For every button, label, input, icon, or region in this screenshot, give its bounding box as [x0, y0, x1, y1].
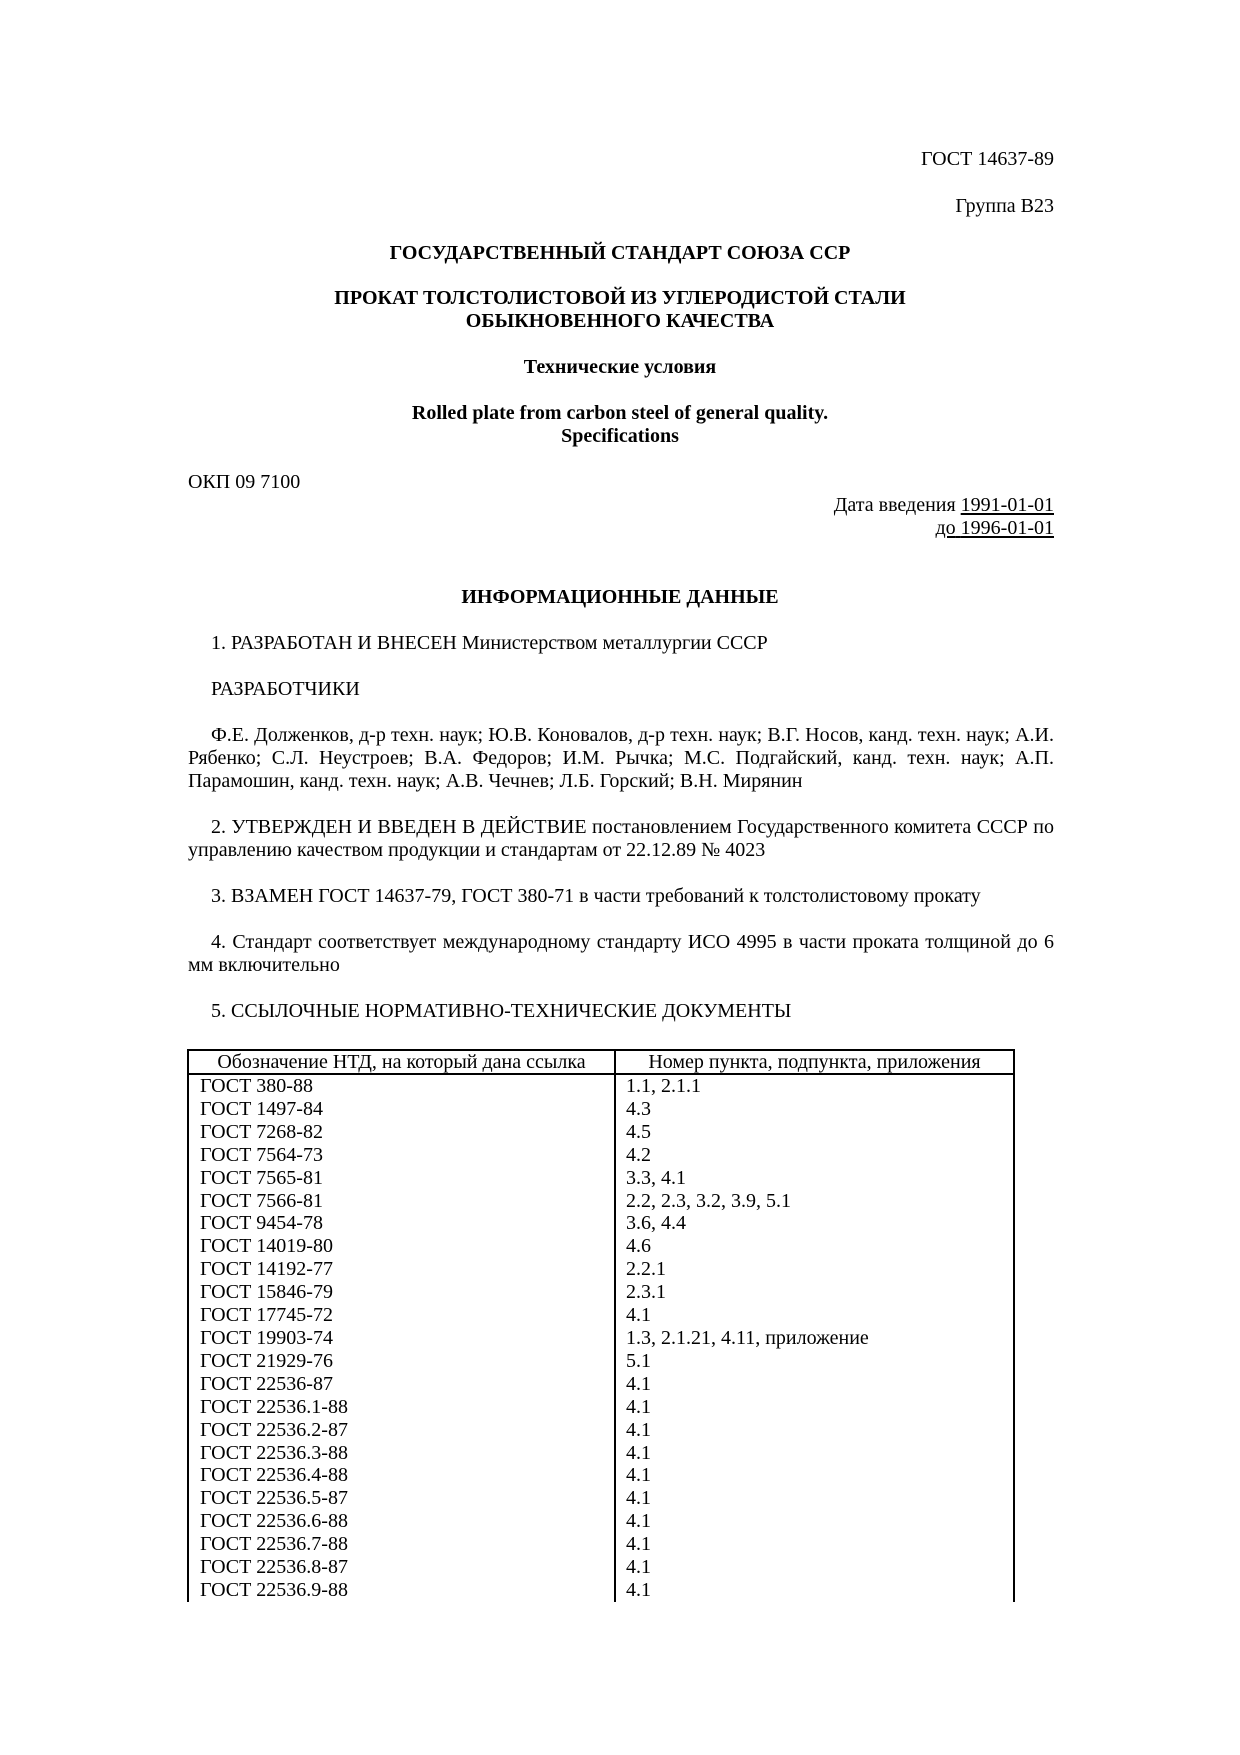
document-designation: ГОСТ 17745-72 [188, 1304, 615, 1327]
document-designation: ГОСТ 14192-77 [188, 1258, 615, 1281]
document-page: ГОСТ 14637-89 Группа В23 ГОСУДАРСТВЕННЫЙ… [0, 0, 1240, 1755]
clause-numbers: 1.3, 2.1.21, 4.11, приложение [615, 1327, 1014, 1350]
document-designation: ГОСТ 22536.8-87 [188, 1556, 615, 1579]
clause-numbers: 4.1 [615, 1396, 1014, 1419]
table-row: ГОСТ 22536.7-884.1 [188, 1533, 1014, 1556]
table-row: ГОСТ 7565-813.3, 4.1 [188, 1167, 1014, 1190]
document-designation: ГОСТ 7268-82 [188, 1121, 615, 1144]
table-row: ГОСТ 7564-734.2 [188, 1144, 1014, 1167]
clause-numbers: 4.6 [615, 1235, 1014, 1258]
info-item-1: 1. РАЗРАБОТАН И ВНЕСЕН Министерством мет… [188, 632, 1054, 655]
table-row: ГОСТ 22536.1-884.1 [188, 1396, 1014, 1419]
document-designation: ГОСТ 15846-79 [188, 1281, 615, 1304]
until-label: до [935, 517, 955, 539]
clause-numbers: 2.2, 2.3, 3.2, 3.9, 5.1 [615, 1190, 1014, 1213]
clause-numbers: 2.3.1 [615, 1281, 1014, 1304]
document-designation: ГОСТ 14019-80 [188, 1235, 615, 1258]
document-designation: ГОСТ 7566-81 [188, 1190, 615, 1213]
clause-numbers: 4.1 [615, 1556, 1014, 1579]
developers-list: Ф.Е. Долженков, д-р техн. наук; Ю.В. Кон… [188, 724, 1054, 793]
document-designation: ГОСТ 9454-78 [188, 1212, 615, 1235]
info-item-3: 3. ВЗАМЕН ГОСТ 14637-79, ГОСТ 380-71 в ч… [188, 885, 1054, 908]
clause-numbers: 4.1 [615, 1533, 1014, 1556]
column-header-clause: Номер пункта, подпункта, приложения [615, 1050, 1014, 1074]
document-designation: ГОСТ 7565-81 [188, 1167, 615, 1190]
table-row: ГОСТ 15846-792.3.1 [188, 1281, 1014, 1304]
clause-numbers: 4.2 [615, 1144, 1014, 1167]
document-designation: ГОСТ 21929-76 [188, 1350, 615, 1373]
state-standard-heading: ГОСУДАРСТВЕННЫЙ СТАНДАРТ СОЮЗА ССР [186, 242, 1054, 265]
clause-numbers: 4.1 [615, 1419, 1014, 1442]
until-date-line: до 1996-01-01 [935, 517, 1054, 540]
table-row: ГОСТ 22536-874.1 [188, 1373, 1014, 1396]
clause-numbers: 4.1 [615, 1304, 1014, 1327]
clause-numbers: 4.1 [615, 1373, 1014, 1396]
table-row: ГОСТ 22536.4-884.1 [188, 1464, 1014, 1487]
table-row: ГОСТ 19903-741.3, 2.1.21, 4.11, приложен… [188, 1327, 1014, 1350]
info-item-4: 4. Стандарт соответствует международному… [188, 931, 1054, 977]
clause-numbers: 4.3 [615, 1098, 1014, 1121]
table-row: ГОСТ 17745-724.1 [188, 1304, 1014, 1327]
info-item-5: 5. ССЫЛОЧНЫЕ НОРМАТИВНО-ТЕХНИЧЕСКИЕ ДОКУ… [188, 1000, 1054, 1023]
subtitle: Технические условия [186, 356, 1054, 379]
english-title-line-2: Specifications [186, 425, 1054, 448]
table-row: ГОСТ 9454-783.6, 4.4 [188, 1212, 1014, 1235]
clause-numbers: 1.1, 2.1.1 [615, 1074, 1014, 1098]
clause-numbers: 4.1 [615, 1579, 1014, 1602]
clause-numbers: 3.3, 4.1 [615, 1167, 1014, 1190]
table-row: ГОСТ 22536.8-874.1 [188, 1556, 1014, 1579]
group-code: Группа В23 [955, 195, 1054, 218]
clause-numbers: 3.6, 4.4 [615, 1212, 1014, 1235]
table-row: ГОСТ 22536.5-874.1 [188, 1487, 1014, 1510]
document-designation: ГОСТ 380-88 [188, 1074, 615, 1098]
clause-numbers: 4.1 [615, 1442, 1014, 1465]
reference-documents-table: Обозначение НТД, на который дана ссылка … [187, 1049, 1015, 1602]
table-row: ГОСТ 21929-765.1 [188, 1350, 1014, 1373]
table-row: ГОСТ 14192-772.2.1 [188, 1258, 1014, 1281]
document-designation: ГОСТ 1497-84 [188, 1098, 615, 1121]
table-row: ГОСТ 380-881.1, 2.1.1 [188, 1074, 1014, 1098]
table-row: ГОСТ 22536.9-884.1 [188, 1579, 1014, 1602]
table-row: ГОСТ 22536.2-874.1 [188, 1419, 1014, 1442]
document-designation: ГОСТ 22536.4-88 [188, 1464, 615, 1487]
intro-date-label: Дата введения [834, 494, 956, 516]
info-item-2: 2. УТВЕРЖДЕН И ВВЕДЕН В ДЕЙСТВИЕ постано… [188, 816, 1054, 862]
document-designation: ГОСТ 22536-87 [188, 1373, 615, 1396]
standard-number: ГОСТ 14637-89 [921, 148, 1054, 171]
table-row: ГОСТ 22536.6-884.1 [188, 1510, 1014, 1533]
document-designation: ГОСТ 7564-73 [188, 1144, 615, 1167]
clause-numbers: 2.2.1 [615, 1258, 1014, 1281]
developers-label: РАЗРАБОТЧИКИ [188, 678, 1054, 701]
table-row: ГОСТ 1497-844.3 [188, 1098, 1014, 1121]
table-row: ГОСТ 7566-812.2, 2.3, 3.2, 3.9, 5.1 [188, 1190, 1014, 1213]
clause-numbers: 4.1 [615, 1464, 1014, 1487]
title-line-2: ОБЫКНОВЕННОГО КАЧЕСТВА [186, 310, 1054, 333]
document-designation: ГОСТ 22536.1-88 [188, 1396, 615, 1419]
table-header-row: Обозначение НТД, на который дана ссылка … [188, 1050, 1014, 1074]
table-row: ГОСТ 14019-804.6 [188, 1235, 1014, 1258]
table-body: ГОСТ 380-881.1, 2.1.1ГОСТ 1497-844.3ГОСТ… [188, 1074, 1014, 1602]
english-title-line-1: Rolled plate from carbon steel of genera… [186, 402, 1054, 425]
document-designation: ГОСТ 22536.5-87 [188, 1487, 615, 1510]
okp-code: ОКП 09 7100 [188, 471, 300, 494]
document-designation: ГОСТ 22536.3-88 [188, 1442, 615, 1465]
document-designation: ГОСТ 22536.6-88 [188, 1510, 615, 1533]
info-heading: ИНФОРМАЦИОННЫЕ ДАННЫЕ [186, 586, 1054, 609]
table-row: ГОСТ 7268-824.5 [188, 1121, 1014, 1144]
intro-date: 1991-01-01 [961, 494, 1054, 516]
document-designation: ГОСТ 22536.7-88 [188, 1533, 615, 1556]
document-designation: ГОСТ 22536.2-87 [188, 1419, 615, 1442]
clause-numbers: 4.1 [615, 1487, 1014, 1510]
document-designation: ГОСТ 19903-74 [188, 1327, 615, 1350]
column-header-document: Обозначение НТД, на который дана ссылка [188, 1050, 615, 1074]
title-line-1: ПРОКАТ ТОЛСТОЛИСТОВОЙ ИЗ УГЛЕРОДИСТОЙ СТ… [186, 287, 1054, 310]
clause-numbers: 4.1 [615, 1510, 1014, 1533]
intro-date-line: Дата введения 1991-01-01 [834, 494, 1054, 517]
table-row: ГОСТ 22536.3-884.1 [188, 1442, 1014, 1465]
document-designation: ГОСТ 22536.9-88 [188, 1579, 615, 1602]
clause-numbers: 5.1 [615, 1350, 1014, 1373]
clause-numbers: 4.5 [615, 1121, 1014, 1144]
until-date: 1996-01-01 [961, 517, 1054, 539]
